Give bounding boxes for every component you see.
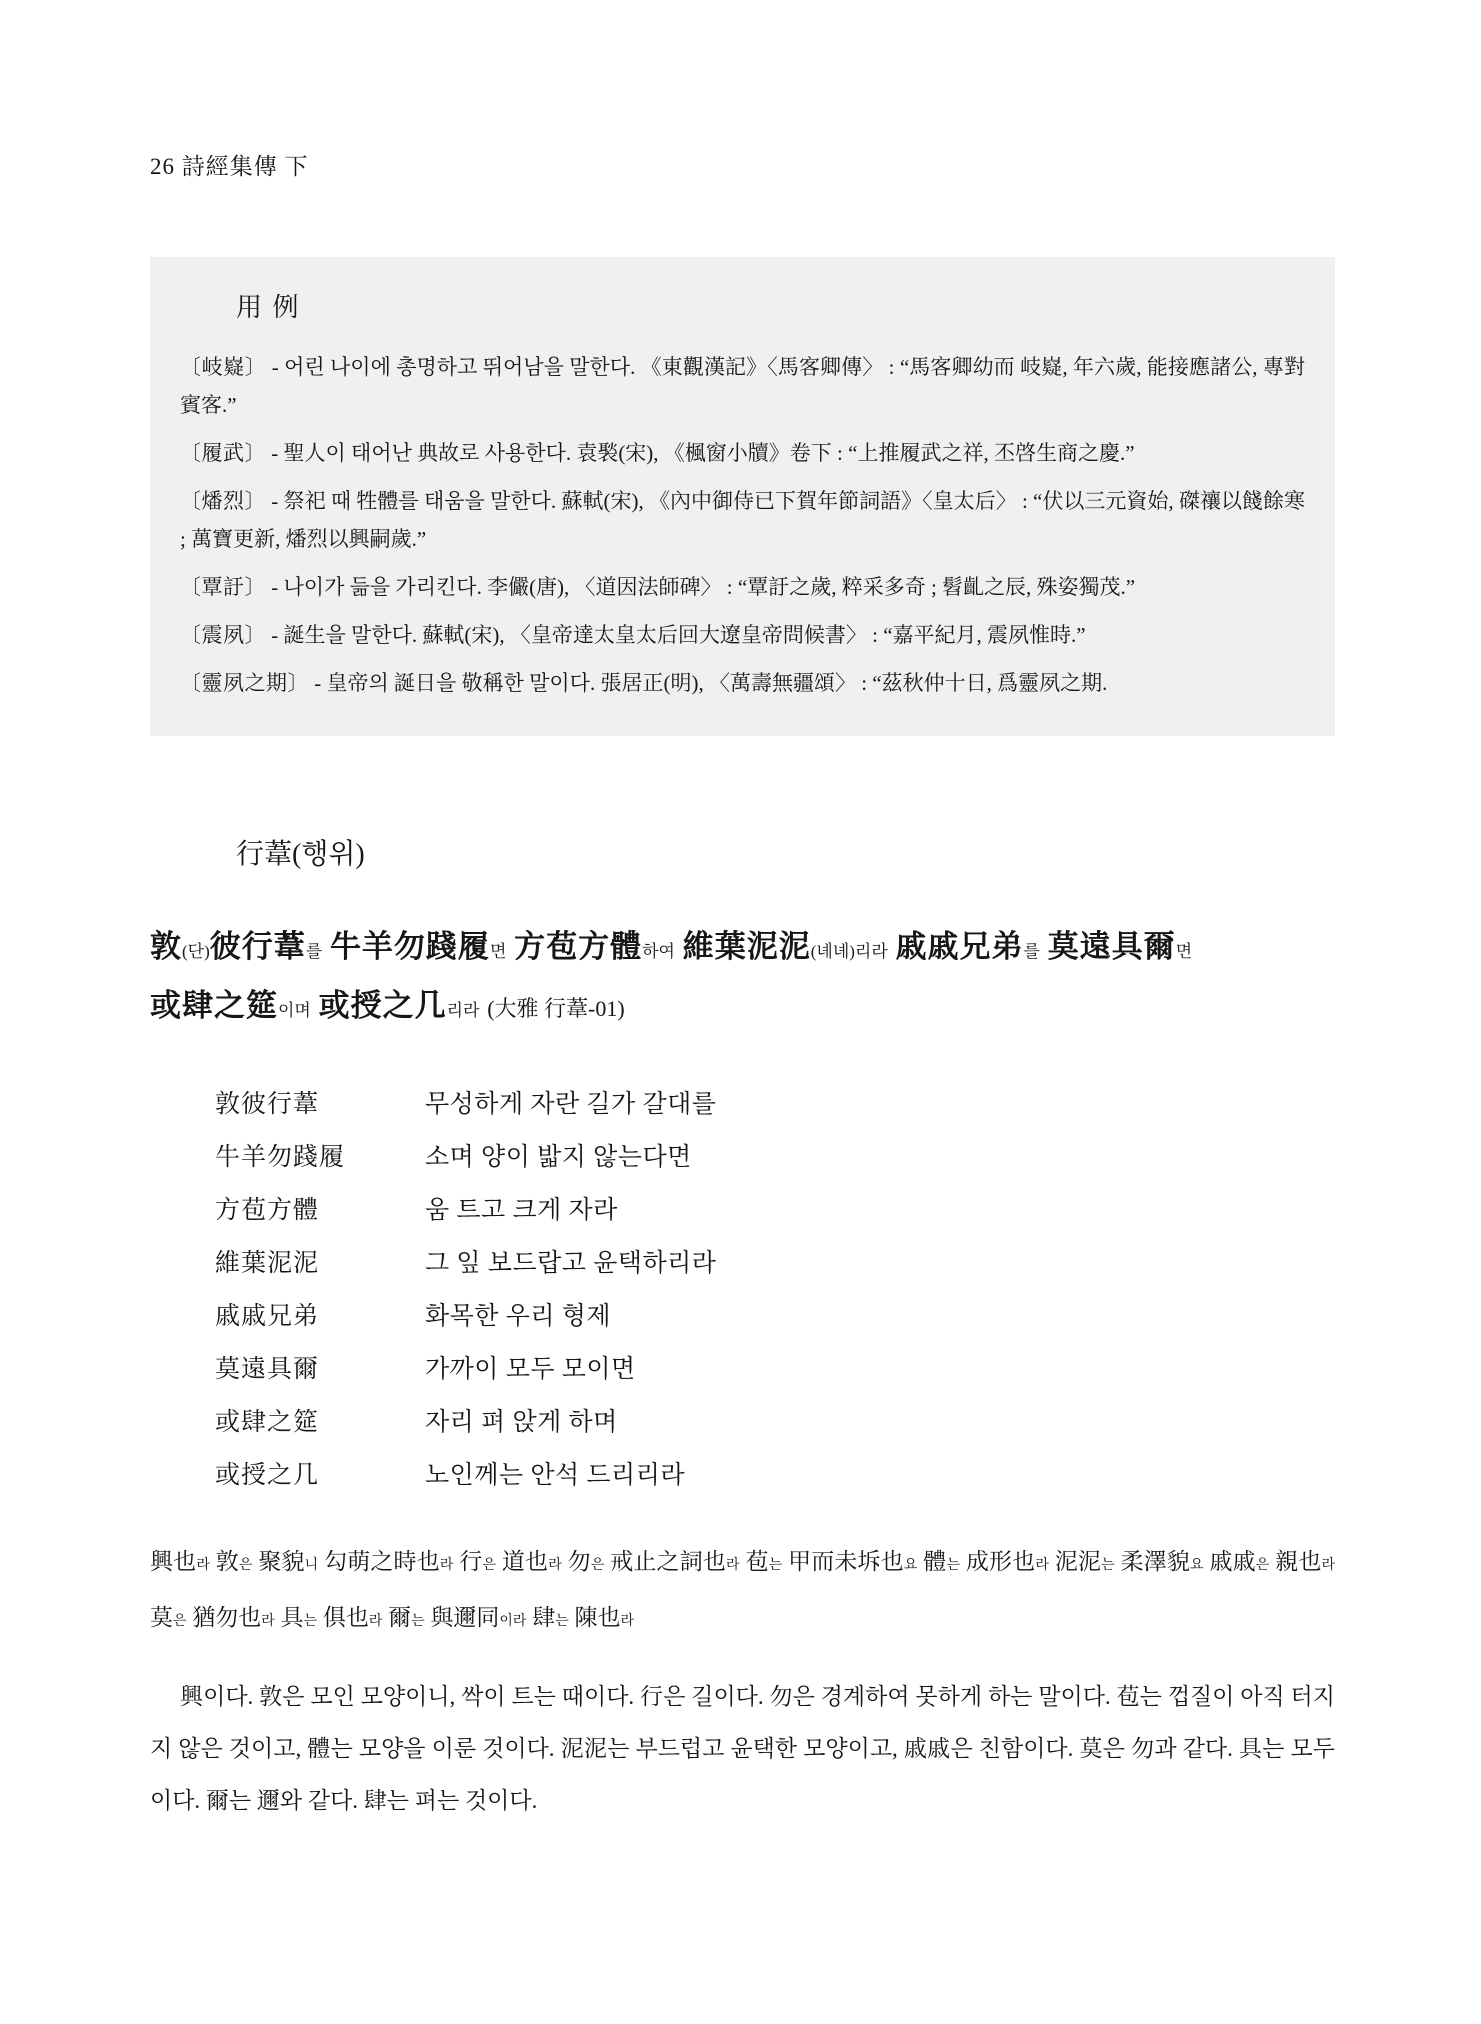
- gloss-hanja-text: 興也: [150, 1549, 196, 1574]
- korean-gloss: 興이다. 敦은 모인 모양이니, 싹이 트는 때이다. 行은 길이다. 勿은 경…: [150, 1671, 1335, 1827]
- couplet-hanja: 莫遠具爾: [215, 1343, 425, 1396]
- usage-entry-term: 〔震夙〕: [180, 623, 266, 647]
- gloss-hanja-text: 勿: [568, 1549, 591, 1574]
- gloss-particle: 라: [548, 1558, 562, 1573]
- gloss-segment: 行은: [459, 1549, 496, 1574]
- couplet-hanja: 敦彼行葦: [215, 1078, 425, 1131]
- verse-segment: 維葉泥泥(녜녜)리라: [683, 929, 888, 964]
- gloss-particle: 라: [369, 1614, 383, 1629]
- verse-source: (大雅 行葦-01): [487, 996, 624, 1021]
- verse-hanja: 維葉泥泥: [683, 929, 811, 964]
- gloss-segment: 體는: [923, 1549, 960, 1574]
- couplet-hanja: 戚戚兄弟: [215, 1290, 425, 1343]
- gloss-hanja-text: 行: [459, 1549, 482, 1574]
- gloss-hanja-text: 敦: [216, 1549, 239, 1574]
- gloss-hanja-text: 猶勿也: [192, 1605, 261, 1630]
- verse-segment: 牛羊勿踐履면: [330, 929, 506, 964]
- verse-segment: 敦(단): [150, 929, 210, 964]
- gloss-particle: 니: [305, 1558, 319, 1573]
- verse-hanja: 戚戚兄弟: [896, 929, 1024, 964]
- usage-entry: 〔燔烈〕 - 祭祀 때 牲體를 태움을 말한다. 蘇軾(宋), 《內中御侍已下賀…: [180, 482, 1305, 558]
- gloss-hanja-text: 莫: [150, 1605, 173, 1630]
- couplet-hanja: 或授之几: [215, 1449, 425, 1502]
- verse-segment: 或肆之筵이며: [150, 988, 311, 1023]
- verse-particle: 하여: [642, 942, 675, 961]
- gloss-segment: 親也라: [1275, 1549, 1335, 1574]
- verse-segment: 莫遠具爾면: [1048, 929, 1192, 964]
- verse-particle: 를: [306, 942, 322, 961]
- couplet-korean: 노인께는 안석 드리리라: [425, 1449, 1335, 1502]
- gloss-segment: 敦은: [216, 1549, 253, 1574]
- usage-entry: 〔岐嶷〕 - 어린 나이에 총명하고 뛰어남을 말한다. 《東觀漢記》〈馬客卿傳…: [180, 348, 1305, 424]
- gloss-segment: 具는: [281, 1605, 318, 1630]
- gloss-particle: 는: [1101, 1558, 1115, 1573]
- gloss-hanja-text: 甲而未坼也: [788, 1549, 904, 1574]
- gloss-particle: 은: [173, 1614, 187, 1629]
- gloss-segment: 戚戚은: [1209, 1549, 1269, 1574]
- verse-segment: 彼行葦를: [210, 929, 322, 964]
- verse-hanja: 或授之几: [319, 988, 447, 1023]
- usage-entry-term: 〔覃訏〕: [180, 575, 266, 599]
- gloss-segment: 成形也라: [966, 1549, 1049, 1574]
- gloss-hanja-text: 泥泥: [1055, 1549, 1101, 1574]
- gloss-particle: 라: [440, 1558, 454, 1573]
- usage-entries: 〔岐嶷〕 - 어린 나이에 총명하고 뛰어남을 말한다. 《東觀漢記》〈馬客卿傳…: [180, 348, 1305, 702]
- gloss-particle: 라: [1322, 1558, 1336, 1573]
- gloss-particle: 은: [591, 1558, 605, 1573]
- couplet-table: 敦彼行葦무성하게 자란 길가 갈대를牛羊勿踐履소며 양이 밟지 않는다면方苞方體…: [215, 1078, 1335, 1502]
- gloss-segment: 肆는: [532, 1605, 569, 1630]
- gloss-particle: 는: [411, 1614, 425, 1629]
- couplet-korean: 화목한 우리 형제: [425, 1290, 1335, 1343]
- gloss-segment: 勾萌之時也라: [324, 1549, 453, 1574]
- verse-hanja: 或肆之筵: [150, 988, 278, 1023]
- usage-entry: 〔履武〕 - 聖人이 태어난 典故로 사용한다. 袁褧(宋), 《楓窗小牘》卷下…: [180, 434, 1305, 472]
- gloss-hanja-text: 具: [281, 1605, 304, 1630]
- usage-entry-term: 〔履武〕: [180, 441, 266, 465]
- gloss-segment: 戒止之詞也라: [610, 1549, 739, 1574]
- gloss-hanja-text: 成形也: [966, 1549, 1035, 1574]
- couplet-hanja: 方苞方體: [215, 1184, 425, 1237]
- gloss-hanja-text: 與邇同: [430, 1605, 499, 1630]
- usage-entry-term: 〔岐嶷〕: [180, 355, 266, 379]
- gloss-hanja-text: 親也: [1275, 1549, 1321, 1574]
- gloss-particle: 라: [1035, 1558, 1049, 1573]
- verse-reading: (단): [182, 942, 210, 961]
- gloss-particle: 는: [769, 1558, 783, 1573]
- gloss-hanja-text: 聚貌: [258, 1549, 304, 1574]
- verse-particle: 리라: [447, 1001, 480, 1020]
- usage-entry: 〔覃訏〕 - 나이가 듦을 가리킨다. 李儼(唐), 〈道因法師碑〉 : “覃訏…: [180, 568, 1305, 606]
- gloss-segment: 泥泥는: [1055, 1549, 1115, 1574]
- gloss-segment: 莫은: [150, 1605, 187, 1630]
- usage-box-title: 用 例: [236, 287, 1305, 324]
- gloss-particle: 라: [726, 1558, 740, 1573]
- verse-particle: 면: [1176, 942, 1192, 961]
- couplet-korean: 자리 펴 앉게 하며: [425, 1396, 1335, 1449]
- couplet-korean: 무성하게 자란 길가 갈대를: [425, 1078, 1335, 1131]
- gloss-particle: 은: [1256, 1558, 1270, 1573]
- gloss-particle: 는: [946, 1558, 960, 1573]
- gloss-hanja-text: 陳也: [575, 1605, 621, 1630]
- gloss-hanja-text: 戚戚: [1209, 1549, 1255, 1574]
- hanja-gloss: 興也라 敦은 聚貌니 勾萌之時也라 行은 道也라 勿은 戒止之詞也라 苞는 甲而…: [150, 1536, 1335, 1648]
- gloss-segment: 苞는: [745, 1549, 782, 1574]
- verse-particle: 리라: [855, 942, 888, 961]
- verse-segment: 戚戚兄弟를: [896, 929, 1040, 964]
- gloss-particle: 이라: [499, 1614, 526, 1629]
- usage-entry-term: 〔燔烈〕: [180, 489, 266, 513]
- couplet-korean: 그 잎 보드랍고 윤택하리라: [425, 1237, 1335, 1290]
- usage-box: 用 例 〔岐嶷〕 - 어린 나이에 총명하고 뛰어남을 말한다. 《東觀漢記》〈…: [150, 257, 1335, 736]
- verse-hanja: 方苞方體: [514, 929, 642, 964]
- gloss-particle: 요: [1190, 1558, 1204, 1573]
- gloss-particle: 는: [555, 1614, 569, 1629]
- usage-entry: 〔震夙〕 - 誕生을 말한다. 蘇軾(宋), 〈皇帝達太皇太后回大遼皇帝問候書〉…: [180, 616, 1305, 654]
- gloss-hanja-text: 俱也: [323, 1605, 369, 1630]
- gloss-particle: 라: [261, 1614, 275, 1629]
- gloss-segment: 聚貌니: [258, 1549, 318, 1574]
- gloss-hanja-text: 爾: [388, 1605, 411, 1630]
- usage-entry: 〔靈夙之期〕 - 皇帝의 誕日을 敬稱한 말이다. 張居正(明), 〈萬壽無疆頌…: [180, 664, 1305, 702]
- gloss-segment: 甲而未坼也요: [788, 1549, 917, 1574]
- verse-particle: 이며: [278, 1001, 311, 1020]
- gloss-particle: 라: [621, 1614, 635, 1629]
- verse-particle: 를: [1024, 942, 1040, 961]
- gloss-segment: 興也라: [150, 1549, 210, 1574]
- book-page: 26 詩經集傳 下 用 例 〔岐嶷〕 - 어린 나이에 총명하고 뛰어남을 말한…: [0, 0, 1481, 2024]
- gloss-hanja-text: 柔澤貌: [1121, 1549, 1190, 1574]
- verse-text: 敦(단)彼行葦를 牛羊勿踐履면 方苞方體하여 維葉泥泥(녜녜)리라 戚戚兄弟를 …: [150, 929, 1192, 1023]
- verse-segment: 或授之几리라: [319, 988, 480, 1023]
- gloss-segment: 柔澤貌요: [1121, 1549, 1204, 1574]
- gloss-segment: 爾는: [388, 1605, 425, 1630]
- gloss-particle: 은: [239, 1558, 253, 1573]
- section-title: 行葦(행위): [236, 832, 1335, 872]
- usage-entry-term: 〔靈夙之期〕: [180, 671, 309, 695]
- page-header: 26 詩經集傳 下: [150, 0, 1335, 181]
- verse-hanja: 莫遠具爾: [1048, 929, 1176, 964]
- verse-particle: 면: [490, 942, 506, 961]
- gloss-segment: 猶勿也라: [192, 1605, 275, 1630]
- gloss-particle: 는: [304, 1614, 318, 1629]
- couplet-korean: 소며 양이 밟지 않는다면: [425, 1131, 1335, 1184]
- gloss-hanja-text: 苞: [745, 1549, 768, 1574]
- gloss-hanja-text: 勾萌之時也: [324, 1549, 440, 1574]
- verse-hanja: 彼行葦: [210, 929, 306, 964]
- gloss-segment: 陳也라: [575, 1605, 635, 1630]
- gloss-hanja-text: 道也: [502, 1549, 548, 1574]
- verse-hanja: 牛羊勿踐履: [330, 929, 490, 964]
- gloss-particle: 라: [196, 1558, 210, 1573]
- couplet-hanja: 牛羊勿踐履: [215, 1131, 425, 1184]
- gloss-hanja-text: 肆: [532, 1605, 555, 1630]
- couplet-korean: 움 트고 크게 자라: [425, 1184, 1335, 1237]
- couplet-korean: 가까이 모두 모이면: [425, 1343, 1335, 1396]
- gloss-segment: 與邇同이라: [430, 1605, 526, 1630]
- couplet-hanja: 維葉泥泥: [215, 1237, 425, 1290]
- gloss-segment: 俱也라: [323, 1605, 383, 1630]
- gloss-hanja-text: 戒止之詞也: [610, 1549, 726, 1574]
- verse-reading: (녜녜): [811, 942, 855, 961]
- verse-line: 敦(단)彼行葦를 牛羊勿踐履면 方苞方體하여 維葉泥泥(녜녜)리라 戚戚兄弟를 …: [150, 920, 1335, 1038]
- gloss-particle: 요: [904, 1558, 918, 1573]
- verse-hanja: 敦: [150, 929, 182, 964]
- page-content: 26 詩經集傳 下 用 例 〔岐嶷〕 - 어린 나이에 총명하고 뛰어남을 말한…: [0, 0, 1481, 1827]
- couplet-hanja: 或肆之筵: [215, 1396, 425, 1449]
- gloss-segment: 道也라: [502, 1549, 562, 1574]
- gloss-segment: 勿은: [568, 1549, 605, 1574]
- gloss-hanja-text: 體: [923, 1549, 946, 1574]
- verse-segment: 方苞方體하여: [514, 929, 675, 964]
- gloss-particle: 은: [482, 1558, 496, 1573]
